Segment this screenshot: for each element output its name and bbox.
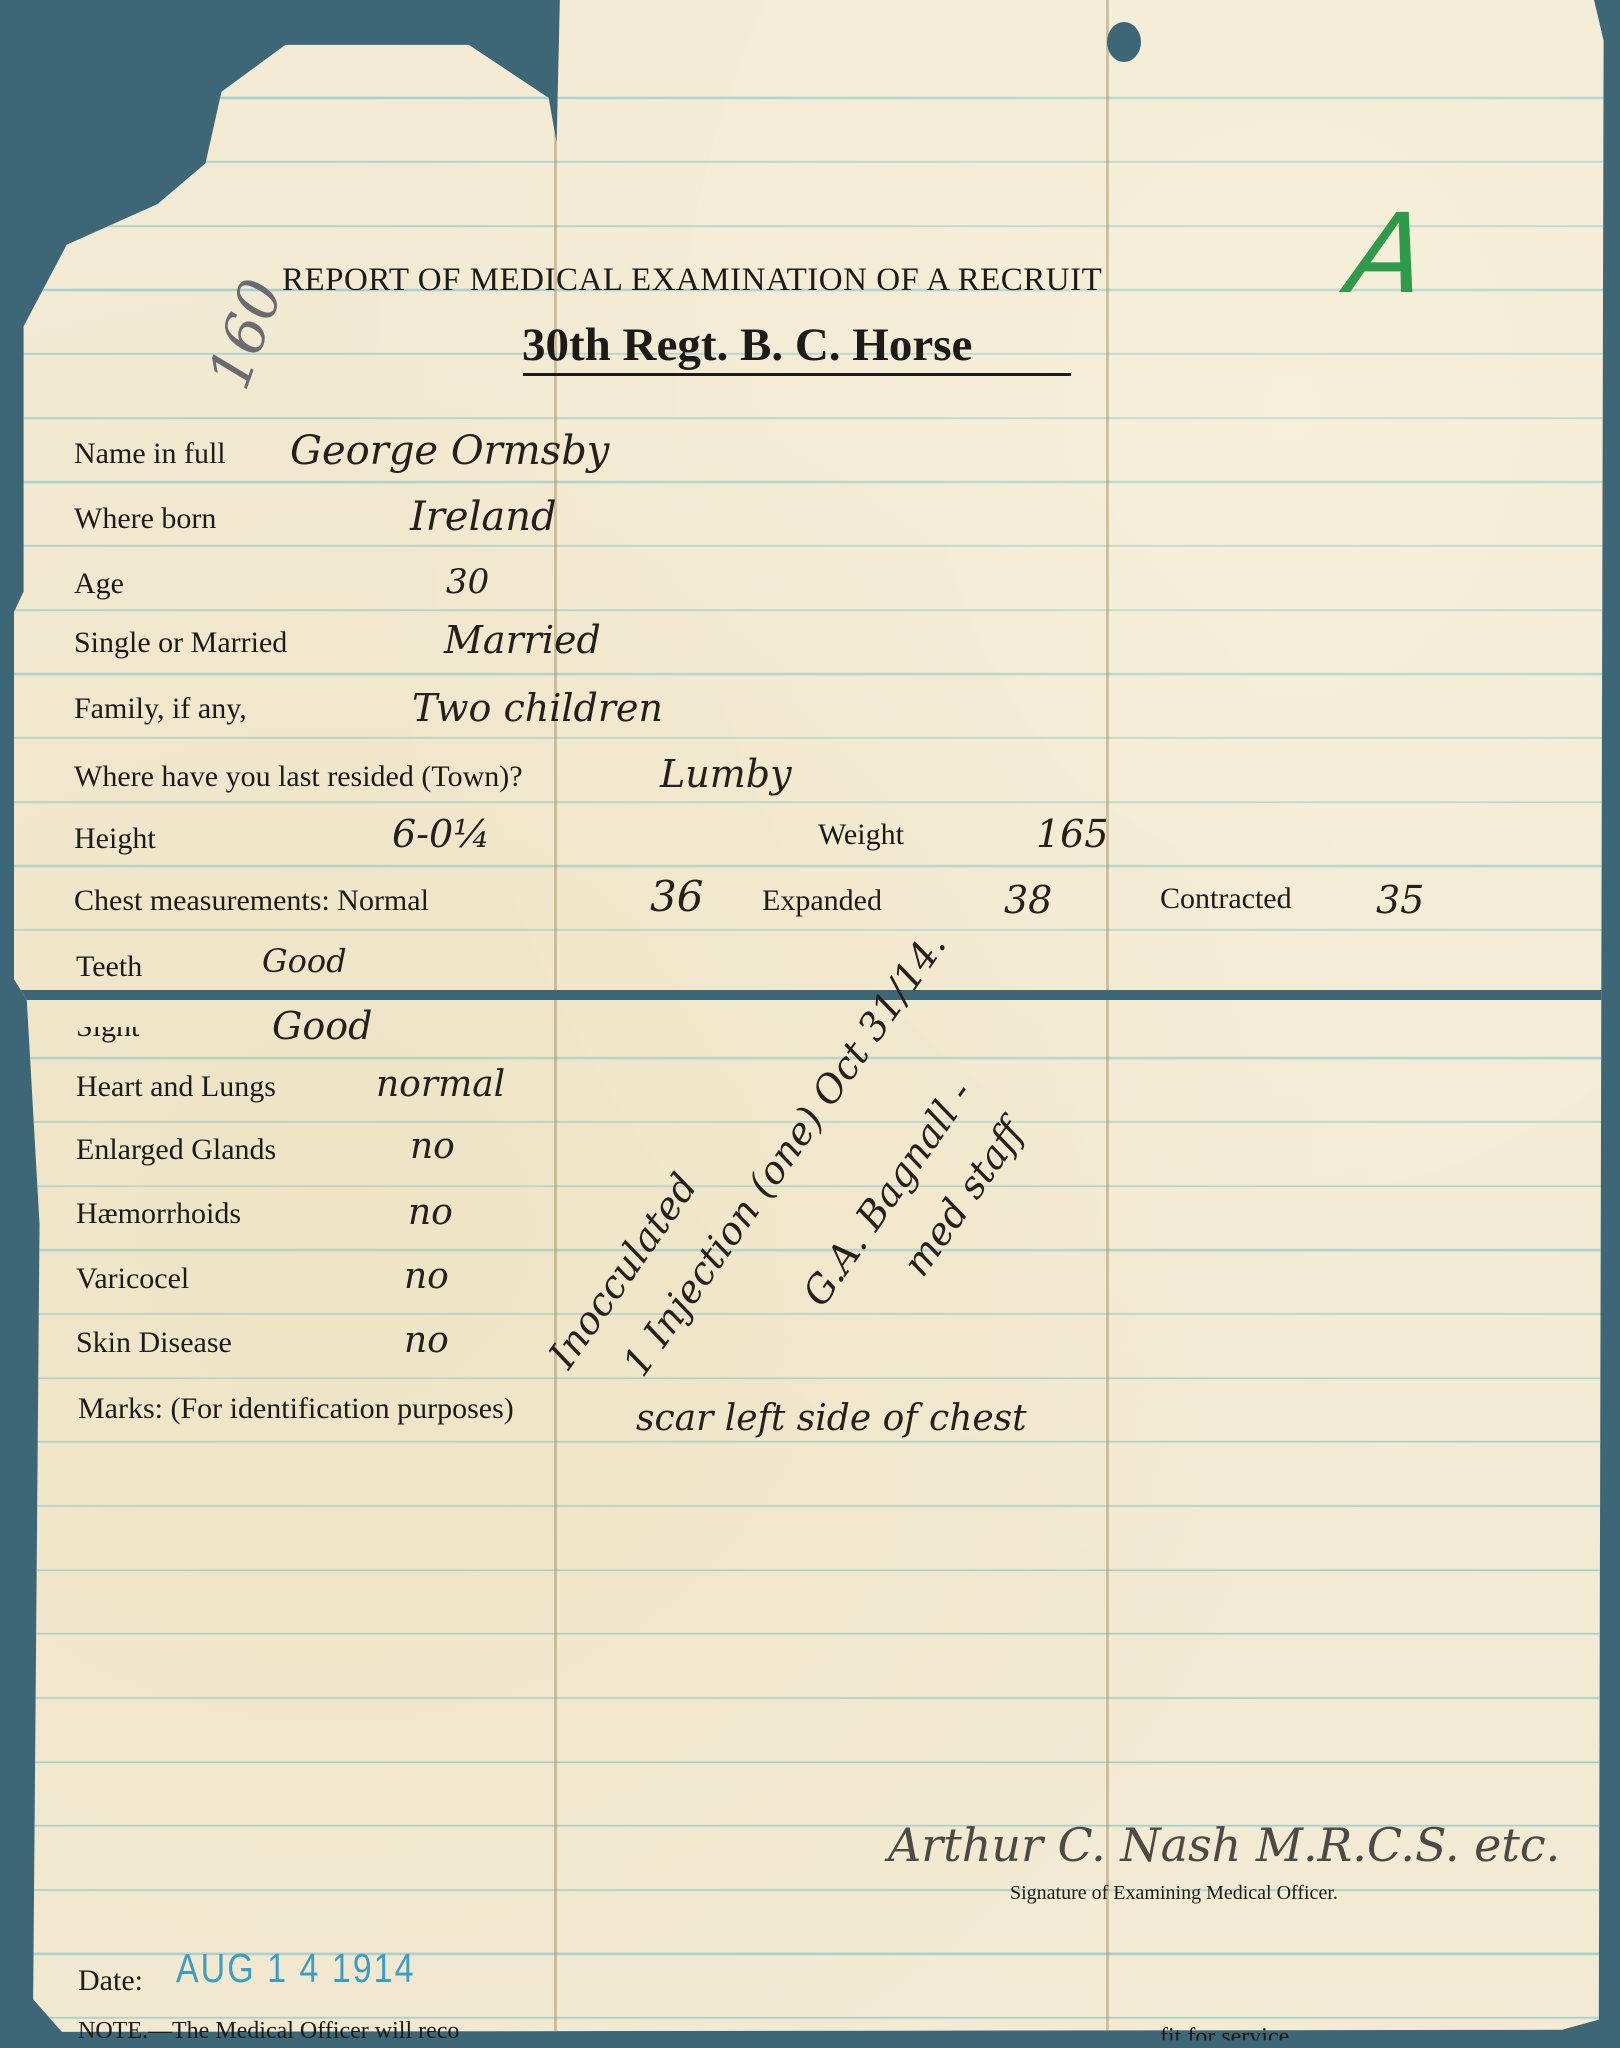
contracted-label: Contracted: [1160, 882, 1292, 916]
tear-hole: [1107, 22, 1141, 62]
skin-label: Skin Disease: [76, 1326, 232, 1360]
marks-value: scar left side of chest: [636, 1398, 1027, 1439]
haemorrhoids-label: Hæmorrhoids: [76, 1197, 241, 1231]
fold-line-right: [1106, 0, 1109, 2040]
height-value: 6-0¼: [392, 812, 490, 856]
marital-label: Single or Married: [74, 626, 287, 660]
glands-value: no: [410, 1126, 455, 1167]
teeth-value: Good: [262, 942, 347, 980]
fold-tear-horizontal: [14, 990, 1610, 1000]
teeth-label: Teeth: [76, 950, 142, 984]
fold-line-left: [554, 0, 557, 2040]
born-label: Where born: [74, 502, 216, 536]
contracted-value: 35: [1376, 878, 1424, 922]
date-stamp: AUG 1 4 1914: [176, 1946, 415, 1993]
weight-label: Weight: [818, 818, 904, 852]
officer-signature: Arthur C. Nash M.R.C.S. etc.: [888, 1818, 1560, 1872]
residence-value: Lumby: [660, 752, 792, 796]
name-value: George Ormsby: [290, 428, 609, 474]
date-label: Date:: [78, 1964, 143, 1998]
sight-value: Good: [272, 1004, 372, 1048]
age-label: Age: [74, 567, 124, 601]
heart-value: normal: [376, 1064, 505, 1105]
age-value: 30: [446, 562, 489, 602]
skin-value: no: [404, 1320, 449, 1361]
chest-value: 36: [650, 872, 703, 921]
expanded-value: 38: [1004, 878, 1052, 922]
name-label: Name in full: [74, 437, 226, 471]
chest-label: Chest measurements: Normal: [74, 884, 429, 918]
family-label: Family, if any,: [74, 692, 247, 726]
note-text-left: NOTE.—The Medical Officer will reco: [78, 2018, 459, 2045]
heart-label: Heart and Lungs: [76, 1070, 276, 1104]
weight-value: 165: [1036, 812, 1109, 856]
marks-label: Marks: (For identification purposes): [78, 1392, 514, 1426]
varicocel-value: no: [404, 1256, 449, 1297]
title-underline: [523, 373, 1071, 376]
glands-label: Enlarged Glands: [76, 1133, 276, 1167]
haemorrhoids-value: no: [408, 1192, 453, 1233]
marital-value: Married: [444, 618, 601, 662]
height-label: Height: [74, 822, 156, 856]
report-title: REPORT OF MEDICAL EXAMINATION OF A RECRU…: [282, 262, 1102, 299]
born-value: Ireland: [410, 494, 557, 540]
residence-label: Where have you last resided (Town)?: [74, 760, 523, 794]
varicocel-label: Varicocel: [76, 1262, 189, 1296]
expanded-label: Expanded: [762, 884, 882, 918]
note-text-right: fit for service: [1160, 2024, 1289, 2048]
family-value: Two children: [412, 686, 663, 730]
signature-label: Signature of Examining Medical Officer.: [1010, 1882, 1338, 1905]
regiment-title: 30th Regt. B. C. Horse: [522, 318, 972, 372]
